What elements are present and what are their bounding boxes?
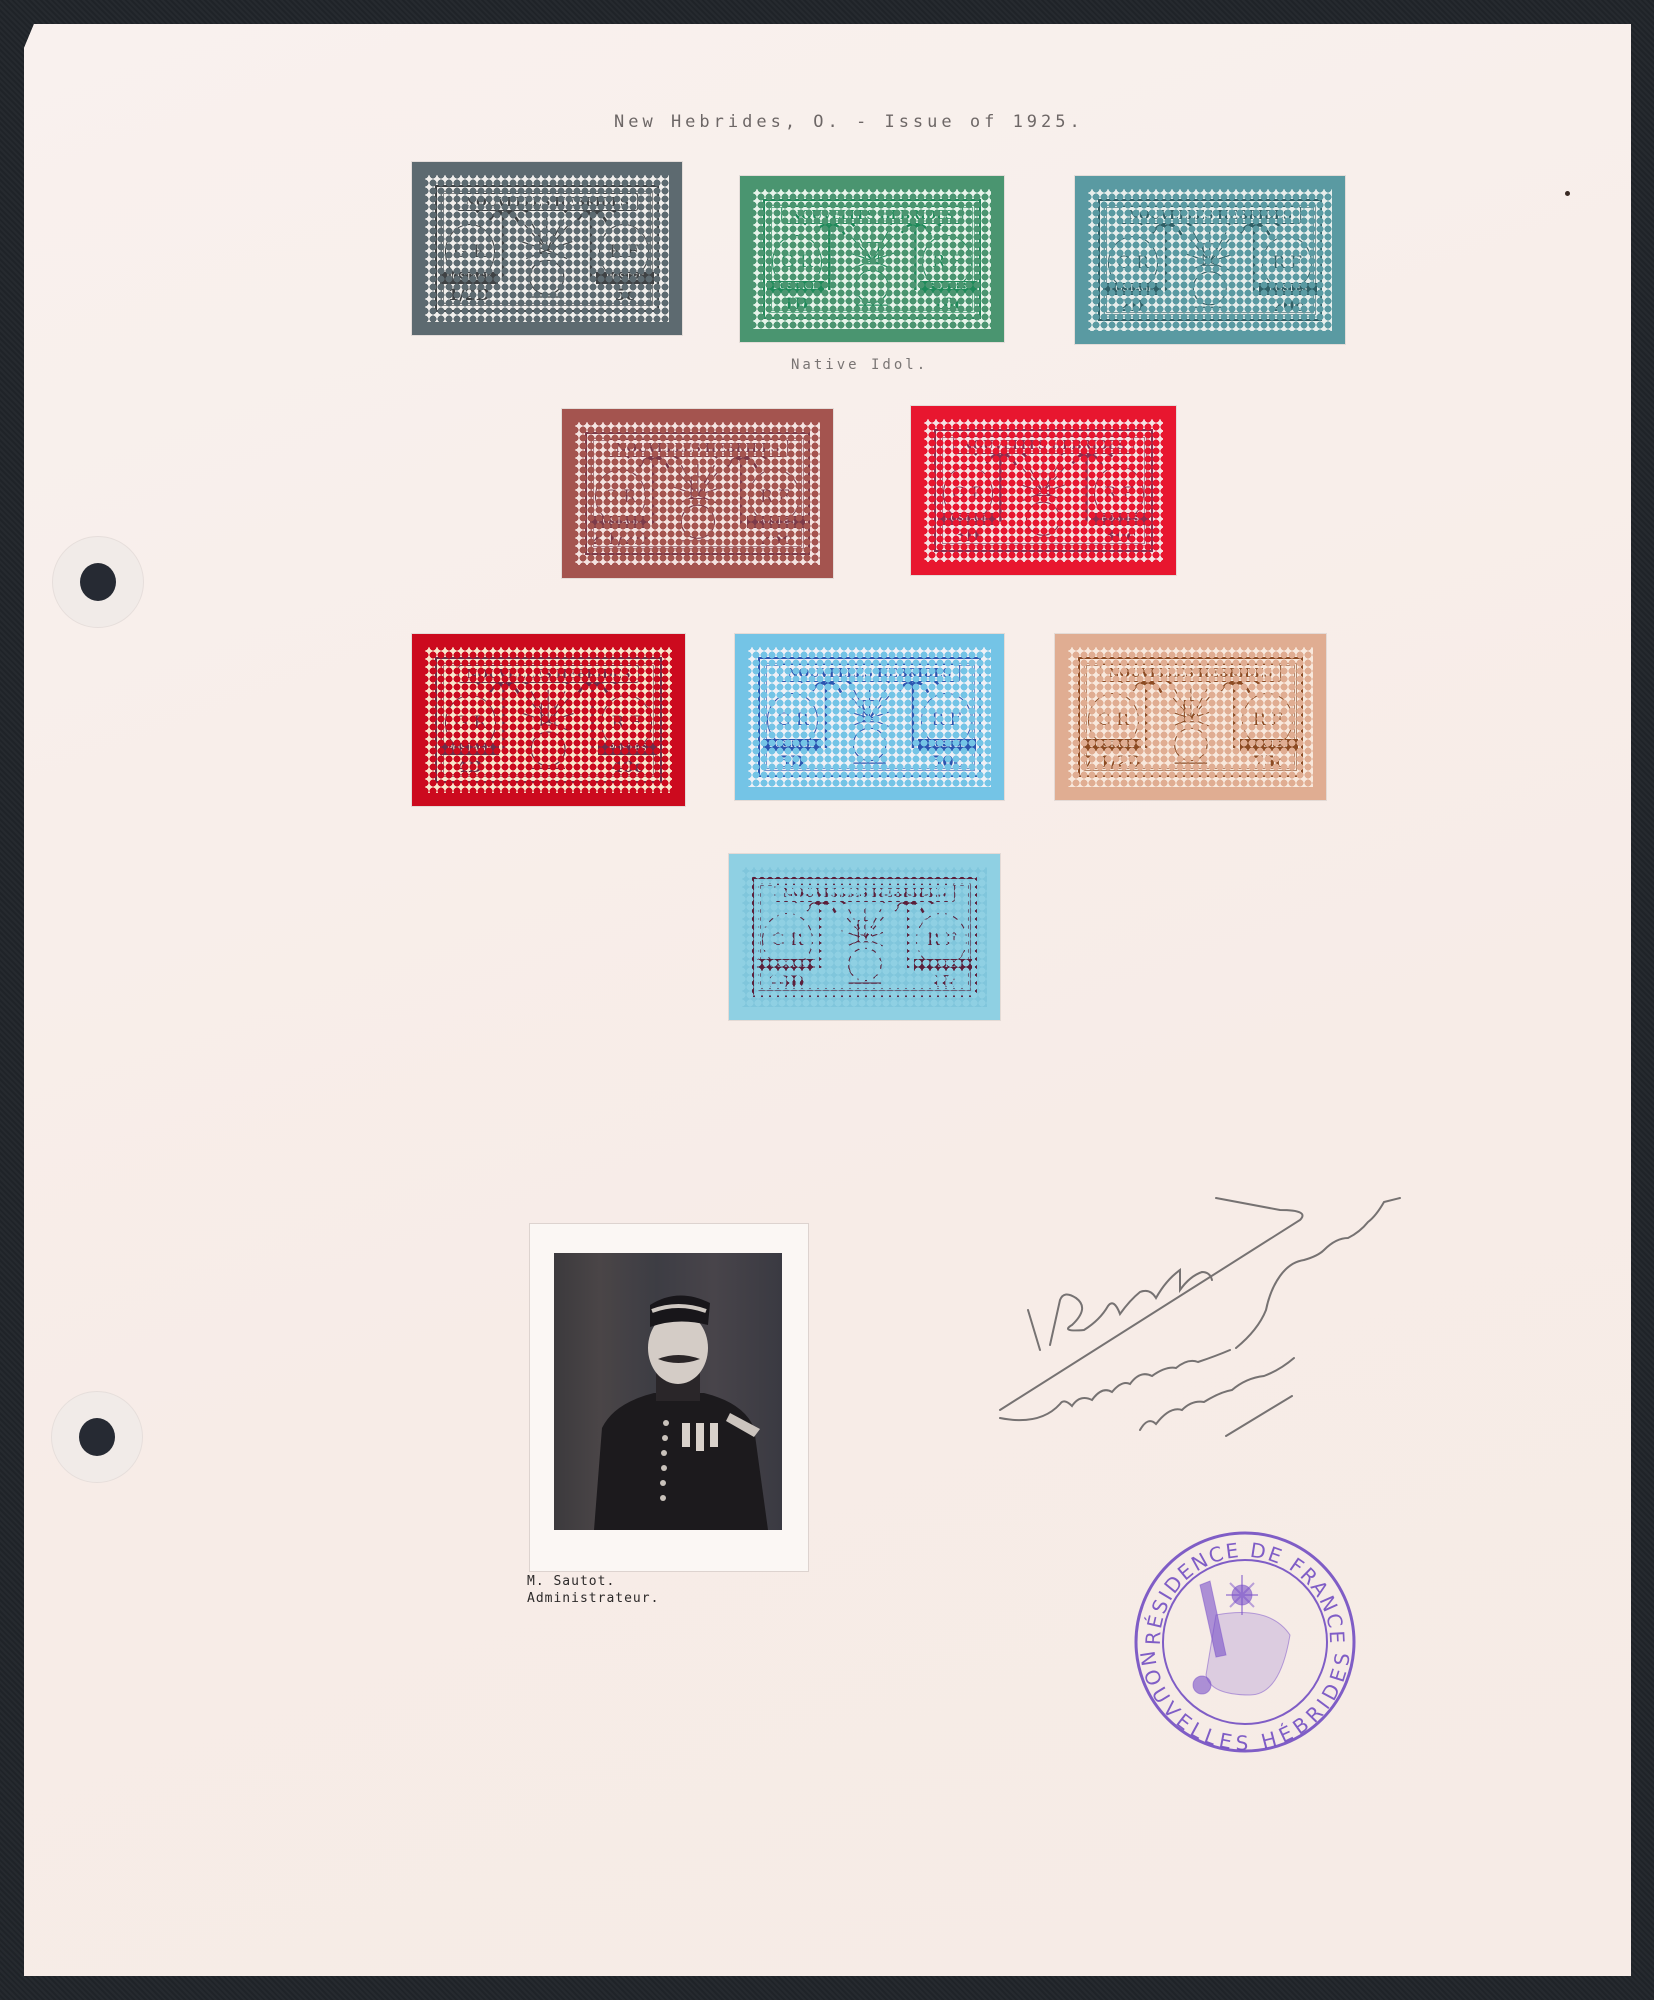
value-sterling: 1D [767, 294, 824, 313]
country-name: NOUVELLES HEBRIDES [774, 884, 956, 902]
value-sterling: 2D [1103, 296, 1162, 315]
postage-label: POSTAGE [1083, 739, 1142, 751]
stamp-mount-2[interactable]: NOUVELLES HEBRIDES G R R F POSTAGE POSTE… [740, 176, 1004, 342]
official-seal-stamp: RÉSIDENCE DE FRANCE NOUVELLES HÉBRIDES [1130, 1525, 1360, 1760]
value-franc: 10c [920, 294, 977, 313]
postes-label: POSTES [1259, 283, 1318, 295]
postage-label: POSTAGE [1103, 283, 1162, 295]
country-name: NOUVELLES HEBRIDES [458, 665, 640, 683]
postes-label: POSTES [918, 739, 976, 751]
postes-label: POSTES [914, 959, 973, 971]
handwritten-signature [980, 1180, 1440, 1470]
native-idol-icon [1012, 459, 1074, 542]
stamp: NOUVELLES HEBRIDES G R R F POSTAGE POSTE… [575, 422, 820, 565]
stamp: NOUVELLES HEBRIDES G R R F POSTAGE POSTE… [425, 175, 669, 322]
stamp-mount-4[interactable]: NOUVELLES HEBRIDES G R R F POSTAGE POSTE… [562, 409, 833, 578]
native-idol-icon [516, 688, 580, 773]
value-sterling: 5D [763, 752, 821, 771]
stamp-mount-8[interactable]: NOUVELLES HEBRIDES G R R F POSTAGE POSTE… [1055, 634, 1326, 800]
country-name: NOUVELLES HEBRIDES [456, 193, 638, 211]
value-sterling: 2 1/2D [590, 529, 649, 548]
country-name: NOUVELLES HEBRIDES [953, 436, 1135, 454]
stamp: NOUVELLES HEBRIDES G R R F POSTAGE POSTE… [748, 647, 991, 787]
postes-label: POSTES [747, 516, 806, 528]
postes-label: POSTES [598, 743, 657, 755]
postage-label: POSTAGE [440, 743, 499, 755]
stamp-mount-5[interactable]: NOUVELLES HEBRIDES G R R F POSTAGE POSTE… [911, 406, 1176, 575]
stamp: NOUVELLES HEBRIDES G R R F POSTAGE POSTE… [1068, 647, 1313, 787]
country-name: NOUVELLES HEBRIDES [781, 206, 963, 224]
stamp-mount-1[interactable]: NOUVELLES HEBRIDES G R R F POSTAGE POSTE… [412, 162, 682, 335]
postage-label: POSTAGE [763, 739, 821, 751]
value-franc: 25c [747, 529, 806, 548]
portrait-title: Administrateur. [527, 1590, 659, 1607]
country-name: NOUVELLES HEBRIDES [1100, 664, 1282, 682]
stamp: NOUVELLES HEBRIDES G R R F POSTAGE POSTE… [742, 867, 987, 1007]
value-franc: 50c [918, 752, 976, 771]
design-caption: Native Idol. [791, 357, 928, 373]
native-idol-icon [841, 228, 903, 309]
country-name: NOUVELLES HEBRIDES [779, 664, 961, 682]
native-idol-icon [515, 216, 578, 301]
page-title: New Hebrides, O. - Issue of 1925. [614, 112, 1084, 132]
postage-label: POSTAGE [590, 516, 649, 528]
portrait-name: M. Sautot. [527, 1573, 659, 1590]
portrait-photo [554, 1253, 782, 1530]
stamp: NOUVELLES HEBRIDES G R R F POSTAGE POSTE… [753, 189, 991, 329]
postes-label: POSTES [920, 281, 977, 293]
value-franc: 5c [596, 285, 655, 304]
stamp-mount-7[interactable]: NOUVELLES HEBRIDES G R R F POSTAGE POSTE… [735, 634, 1004, 800]
native-idol-icon [833, 906, 897, 987]
stamp: NOUVELLES HEBRIDES G R R F POSTAGE POSTE… [425, 647, 672, 793]
value-sterling: 4D [440, 757, 499, 776]
native-idol-icon [838, 686, 901, 767]
postage-label: POSTAGE [757, 959, 816, 971]
stamp-mount-9[interactable]: NOUVELLES HEBRIDES G R R F POSTAGE POSTE… [729, 854, 1000, 1020]
photo-caption: M. Sautot. Administrateur. [527, 1573, 659, 1607]
binder-hole-bottom [51, 1391, 143, 1483]
postes-label: POSTES [1091, 513, 1148, 525]
native-idol-icon [1159, 686, 1223, 767]
value-sterling: 3D [938, 526, 995, 545]
postage-label: POSTAGE [440, 272, 499, 284]
stamp: NOUVELLES HEBRIDES G R R F POSTAGE POSTE… [1088, 189, 1332, 331]
value-sterling: 10D [757, 972, 816, 991]
value-franc: 75c [1240, 752, 1299, 771]
value-sterling: 7 1/2D [1083, 752, 1142, 771]
postes-label: POSTES [596, 272, 655, 284]
portrait-figure-icon [554, 1253, 782, 1530]
binder-hole-top [52, 536, 144, 628]
stamp: NOUVELLES HEBRIDES G R R F POSTAGE POSTE… [924, 419, 1163, 562]
value-franc: 30c [1091, 526, 1148, 545]
stamp-mount-6[interactable]: NOUVELLES HEBRIDES G R R F POSTAGE POSTE… [412, 634, 685, 806]
native-idol-icon [1178, 229, 1241, 311]
postes-label: POSTES [1240, 739, 1299, 751]
value-franc: 20c [1259, 296, 1318, 315]
value-sterling: 1/2D [440, 285, 499, 304]
stamp-mount-3[interactable]: NOUVELLES HEBRIDES G R R F POSTAGE POSTE… [1075, 176, 1345, 344]
ink-speck [1565, 191, 1570, 196]
country-name: NOUVELLES HEBRIDES [607, 439, 789, 457]
postage-label: POSTAGE [767, 281, 824, 293]
portrait-photo-mount [530, 1224, 808, 1571]
value-franc: 1fr [914, 972, 973, 991]
value-franc: 40c [598, 757, 657, 776]
country-name: NOUVELLES HEBRIDES [1119, 206, 1301, 224]
postage-label: POSTAGE [938, 513, 995, 525]
native-idol-icon [666, 462, 730, 545]
